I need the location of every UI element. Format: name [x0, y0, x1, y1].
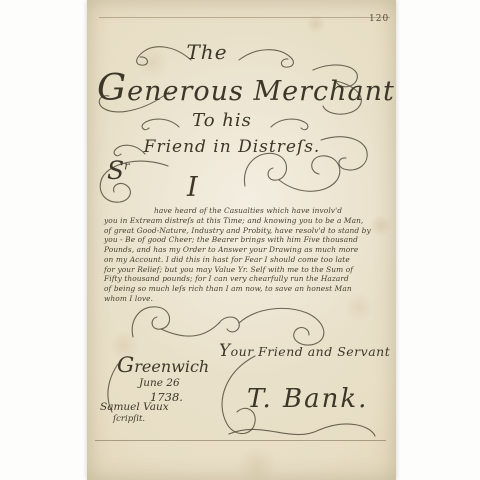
letter-line: of great Good-Nature, Industry and Probi…: [104, 226, 386, 236]
scanned-page-background: 120: [0, 0, 480, 480]
letter-line: on my Account. I did this in hast for Fe…: [104, 255, 386, 265]
letter-line: for your Relief; but you may Value Yr. S…: [104, 265, 386, 275]
salutation-letter: S: [107, 156, 124, 185]
dateline-date: June 26: [139, 377, 180, 389]
drop-cap-i: I: [187, 172, 198, 203]
salutation-superscript: r: [124, 160, 129, 173]
title-line-the: The: [87, 40, 327, 64]
dateline-place: Greenwich: [117, 353, 209, 378]
flourish-salutation: [92, 158, 172, 206]
title-line-generous-merchant: Generous Merchant: [97, 66, 377, 109]
letter-line: you in Extream distreſs at this Time; an…: [104, 216, 386, 226]
page-number: 120: [369, 14, 389, 24]
letter-line: you - Be of good Cheer; the Bearer bring…: [104, 235, 386, 245]
letter-line: of being so much leſs rich than I am now…: [104, 284, 386, 294]
plate-mark-top: [99, 17, 390, 18]
scribe-name: Samuel Vaux: [100, 401, 169, 413]
letter-body: have heard of the Casualties which have …: [104, 206, 386, 304]
letter-line: whom I love.: [104, 294, 386, 304]
flourish-signature-underline: [225, 418, 379, 444]
letter-line: have heard of the Casualties which have …: [104, 206, 386, 216]
salutation-sir: Sr: [107, 156, 129, 185]
title-line-to-his: To his: [87, 110, 357, 131]
manuscript-page: 120: [87, 0, 396, 480]
signature-t-bank: T. Bank.: [247, 384, 368, 414]
letter-line: Pounds, and has my Order to Answer your …: [104, 245, 386, 255]
letter-line: Fifty thousand pounds; for I can very ch…: [104, 274, 386, 284]
scribe-credit: ſcripſit.: [113, 414, 145, 424]
title-line-friend-in-distress: Friend in Distreſs.: [87, 137, 377, 157]
closing-your-friend-and-servant: Your Friend and Servant: [219, 340, 390, 360]
